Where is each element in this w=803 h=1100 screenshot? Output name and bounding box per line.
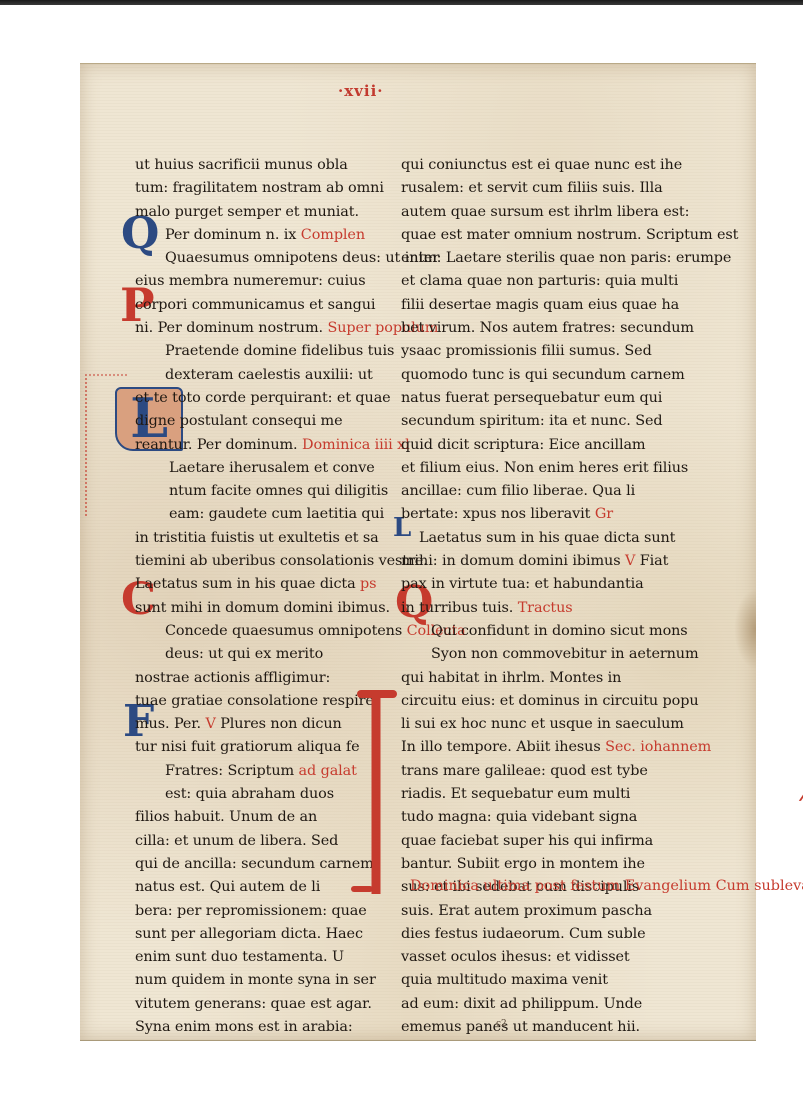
line-text: ememus panes ut manducent hii. [401,1019,640,1035]
text-line: circuitu eius: et dominus in circuitu po… [401,690,651,713]
text-line: mus. Per. V Plures non dicun [135,713,363,736]
text-line: ememus panes ut manducent hii. [401,1016,651,1039]
text-line: secundum spiritum: ita et nunc. Sed [401,410,651,433]
text-line: qui habitat in ihrlm. Montes in [401,667,651,690]
line-text: est: quia abraham duos [165,786,334,802]
text-line: trans mare galileae: quod est tybe [401,760,651,783]
rubric: Dominica iiii xl [302,437,410,453]
text-line: quomodo tunc is qui secundum carnem [401,364,651,387]
text-line: enim: Laetare sterilis quae non paris: e… [401,247,651,270]
text-line: ntum facite omnes qui diligitis [135,480,363,503]
right-column: L Q qui coniunctus est ei quae nunc est … [401,154,651,1039]
line-text: qui coniunctus est ei quae nunc est ihe [401,157,682,173]
rubric: ad galat [299,763,357,779]
manuscript-leaf: ·xvii· Q P L C F ut huius sacrificii mun… [80,63,756,1041]
text-line: natus fuerat persequebatur eum qui [401,387,651,410]
rubric: Complen [301,227,365,243]
text-line: dies festus iudaeorum. Cum suble [401,923,651,946]
line-text: quid dicit scriptura: Eice ancillam [401,437,645,453]
line-text: tum: fragilitatem nostram ab omni [135,180,384,196]
text-line: Laetatus sum in his quae dicta ps [135,573,363,596]
rubric: V [625,553,635,569]
line-text: quia multitudo maxima venit [401,972,608,988]
text-line: vitutem generans: quae est agar. [135,993,363,1016]
text-line: eius membra numeremur: cuius [135,270,363,293]
text-line: filii desertae magis quam eius quae ha [401,294,651,317]
text-line: sunt mihi in domum domini ibimus. [135,597,363,620]
line-text: natus fuerat persequebatur eum qui [401,390,662,406]
text-line: Qui confidunt in domino sicut mons [401,620,651,643]
scan-top-edge [0,0,803,5]
line-text: Syna enim mons est in arabia: [135,1019,353,1035]
line-text: eius membra numeremur: cuius [135,273,366,289]
line-text: filii desertae magis quam eius quae ha [401,297,679,313]
line-text: pax in virtute tua: et habundantia [401,576,644,592]
text-line: quia multitudo maxima venit [401,969,651,992]
line-text: tur nisi fuit gratiorum aliqua fe [135,739,360,755]
text-line: enim sunt duo testamenta. U [135,946,363,969]
line-text: quae faciebat super his qui infirma [401,833,653,849]
line-text: bertate: xpus nos liberavit [401,506,595,522]
text-line: Fratres: Scriptum ad galat [135,760,363,783]
line-text: dexteram caelestis auxilii: ut [165,367,373,383]
line-text: cilla: et unum de libera. Sed [135,833,338,849]
line-text: filios habuit. Unum de an [135,809,317,825]
line-text: sunt per allegoriam dicta. Haec [135,926,363,942]
line-text: qui habitat in ihrlm. Montes in [401,670,621,686]
text-line: in turribus tuis. Tractus [401,597,651,620]
rubric: ps [360,576,376,592]
text-line: tum: fragilitatem nostram ab omni [135,177,363,200]
line-text: vitutem generans: quae est agar. [135,996,372,1012]
text-line: deus: ut qui ex merito [135,643,363,666]
line-text: Laetatus sum in his quae dicta [135,576,360,592]
line-text: mus. Per. [135,716,205,732]
text-line: cilla: et unum de libera. Sed [135,830,363,853]
line-text: secundum spiritum: ita et nunc. Sed [401,413,663,429]
text-line: ut huius sacrificii munus obla [135,154,363,177]
line-text: malo purget semper et muniat. [135,204,359,220]
text-line: bertate: xpus nos liberavit Gr [401,503,651,526]
line-text: bera: per repromissionem: quae [135,903,367,919]
text-line: quae faciebat super his qui infirma [401,830,651,853]
line-text: Fiat [635,553,668,569]
line-text: in turribus tuis. [401,600,518,616]
text-line: digne postulant consequi me [135,410,363,433]
line-text: Per dominum n. ix [165,227,301,243]
text-line: corpori communicamus et sangui [135,294,363,317]
folio-number: ·xvii· [338,82,384,100]
text-line: Syon non commovebitur in aeternum [401,643,651,666]
text-line: quid dicit scriptura: Eice ancillam [401,434,651,457]
line-text: autem quae sursum est ihrlm libera est: [401,204,689,220]
text-line: bera: per repromissionem: quae [135,900,363,923]
text-line: qui de ancilla: secundum carnem [135,853,363,876]
text-line: ni. Per dominum nostrum. Super populum [135,317,363,340]
line-text: Qui confidunt in domino sicut mons [431,623,688,639]
line-text: tuae gratiae consolatione respire [135,693,374,709]
line-text: circuitu eius: et dominus in circuitu po… [401,693,698,709]
text-line: filios habuit. Unum de an [135,806,363,829]
catchword: c2 [496,1019,507,1029]
rubric: Sec. iohannem [605,739,711,755]
text-line: li sui ex hoc nunc et usque in saeculum [401,713,651,736]
text-line: dexteram caelestis auxilii: ut [135,364,363,387]
text-line: Syna enim mons est in arabia: [135,1016,363,1039]
line-text: tudo magna: quia videbant signa [401,809,637,825]
text-line: eam: gaudete cum laetitia qui [135,503,363,526]
text-line: autem quae sursum est ihrlm libera est: [401,201,651,224]
text-line: ysaac promissionis filii sumus. Sed [401,340,651,363]
text-line: tuae gratiae consolatione respire [135,690,363,713]
text-line: tur nisi fuit gratiorum aliqua fe [135,736,363,759]
line-text: nostrae actionis affligimur: [135,670,330,686]
text-line: num quidem in monte syna in ser [135,969,363,992]
line-text: et filium eius. Non enim heres erit fili… [401,460,688,476]
text-line: natus est. Qui autem de li [135,876,363,899]
text-line: tiemini ab uberibus consolationis vestre… [135,550,363,573]
line-text: Syon non commovebitur in aeternum [431,646,699,662]
rubric: V [205,716,215,732]
text-line: Laetatus sum in his quae dicta sunt [401,527,651,550]
line-text: et te toto corde perquirant: et quae [135,390,391,406]
line-text: ysaac promissionis filii sumus. Sed [401,343,652,359]
line-text: Quaesumus omnipotens deus: ut inter [165,250,439,266]
text-line: et clama quae non parturis: quia multi [401,270,651,293]
line-text: In illo tempore. Abiit ihesus [401,739,605,755]
line-text: Laetatus sum in his quae dicta sunt [419,530,675,546]
text-line: riadis. Et sequebatur eum multi [401,783,651,806]
line-text: Laetare iherusalem et conve [169,460,375,476]
line-text: sunt mihi in domum domini ibimus. [135,600,390,616]
rubric: Tractus [518,600,573,616]
text-line: vasset oculos ihesus: et vidisset [401,946,651,969]
closing-rubric: Dominica ultima post festum Evangelium C… [410,878,803,894]
line-text: bantur. Subiit ergo in montem ihe [401,856,645,872]
line-text: Concede quaesumus omnipotens [165,623,407,639]
text-line: et te toto corde perquirant: et quae [135,387,363,410]
line-text: Fratres: Scriptum [165,763,299,779]
line-text: enim sunt duo testamenta. U [135,949,344,965]
line-text: eam: gaudete cum laetitia qui [169,506,384,522]
line-text: quomodo tunc is qui secundum carnem [401,367,685,383]
line-text: vasset oculos ihesus: et vidisset [401,949,630,965]
line-text: Praetende domine fidelibus tuis [165,343,394,359]
text-line: reantur. Per dominum. Dominica iiii xl [135,434,363,457]
text-line: in tristitia fuistis ut exultetis et sa [135,527,363,550]
line-text: ancillae: cum filio liberae. Qua li [401,483,635,499]
text-line: ancillae: cum filio liberae. Qua li [401,480,651,503]
line-text: natus est. Qui autem de li [135,879,320,895]
line-text: trans mare galileae: quod est tybe [401,763,648,779]
text-line: et filium eius. Non enim heres erit fili… [401,457,651,480]
text-line: Per dominum n. ix Complen [135,224,363,247]
text-line: nostrae actionis affligimur: [135,667,363,690]
line-text: ni. Per dominum nostrum. [135,320,327,336]
margin-paragraph-mark: // [798,780,803,804]
line-text: num quidem in monte syna in ser [135,972,376,988]
line-text: li sui ex hoc nunc et usque in saeculum [401,716,684,732]
text-line: malo purget semper et muniat. [135,201,363,224]
text-line: ad eum: dixit ad philippum. Unde [401,993,651,1016]
text-line: tudo magna: quia videbant signa [401,806,651,829]
text-line: quae est mater omnium nostrum. Scriptum … [401,224,651,247]
line-text: ntum facite omnes qui diligitis [169,483,388,499]
line-text: dies festus iudaeorum. Cum suble [401,926,646,942]
parchment-stain [734,589,756,669]
text-line: rusalem: et servit cum filiis suis. Illa [401,177,651,200]
text-line: Quaesumus omnipotens deus: ut inter [135,247,363,270]
line-text: et clama quae non parturis: quia multi [401,273,678,289]
line-text: riadis. Et sequebatur eum multi [401,786,630,802]
line-text: quae est mater omnium nostrum. Scriptum … [401,227,738,243]
line-text: ut huius sacrificii munus obla [135,157,348,173]
line-text: mihi: in domum domini ibimus [401,553,625,569]
line-text: in tristitia fuistis ut exultetis et sa [135,530,379,546]
text-line: pax in virtute tua: et habundantia [401,573,651,596]
text-line: qui coniunctus est ei quae nunc est ihe [401,154,651,177]
line-text: reantur. Per dominum. [135,437,302,453]
initial-i-red-tall [365,694,387,894]
text-line: est: quia abraham duos [135,783,363,806]
line-text: rusalem: et servit cum filiis suis. Illa [401,180,663,196]
line-text: qui de ancilla: secundum carnem [135,856,374,872]
text-line: bet virum. Nos autem fratres: secundum [401,317,651,340]
line-text: bet virum. Nos autem fratres: secundum [401,320,694,336]
left-column: Q P L C F ut huius sacrificii munus obla… [135,154,363,1039]
text-line: Laetare iherusalem et conve [135,457,363,480]
line-text: suis. Erat autem proximum pascha [401,903,652,919]
text-line: suis. Erat autem proximum pascha [401,900,651,923]
line-text: Plures non dicun [216,716,342,732]
line-text: tiemini ab uberibus consolationis vestre… [135,553,428,569]
line-text: deus: ut qui ex merito [165,646,323,662]
text-line: bantur. Subiit ergo in montem ihe [401,853,651,876]
text-line: sunt per allegoriam dicta. Haec [135,923,363,946]
rubric: Gr [595,506,613,522]
text-line: Concede quaesumus omnipotens Collecta [135,620,363,643]
line-text: ad eum: dixit ad philippum. Unde [401,996,642,1012]
line-text: corpori communicamus et sangui [135,297,375,313]
text-line: Praetende domine fidelibus tuis [135,340,363,363]
line-text: digne postulant consequi me [135,413,343,429]
line-text: enim: Laetare sterilis quae non paris: e… [401,250,731,266]
text-line: In illo tempore. Abiit ihesus Sec. iohan… [401,736,651,759]
text-line: mihi: in domum domini ibimus V Fiat [401,550,651,573]
